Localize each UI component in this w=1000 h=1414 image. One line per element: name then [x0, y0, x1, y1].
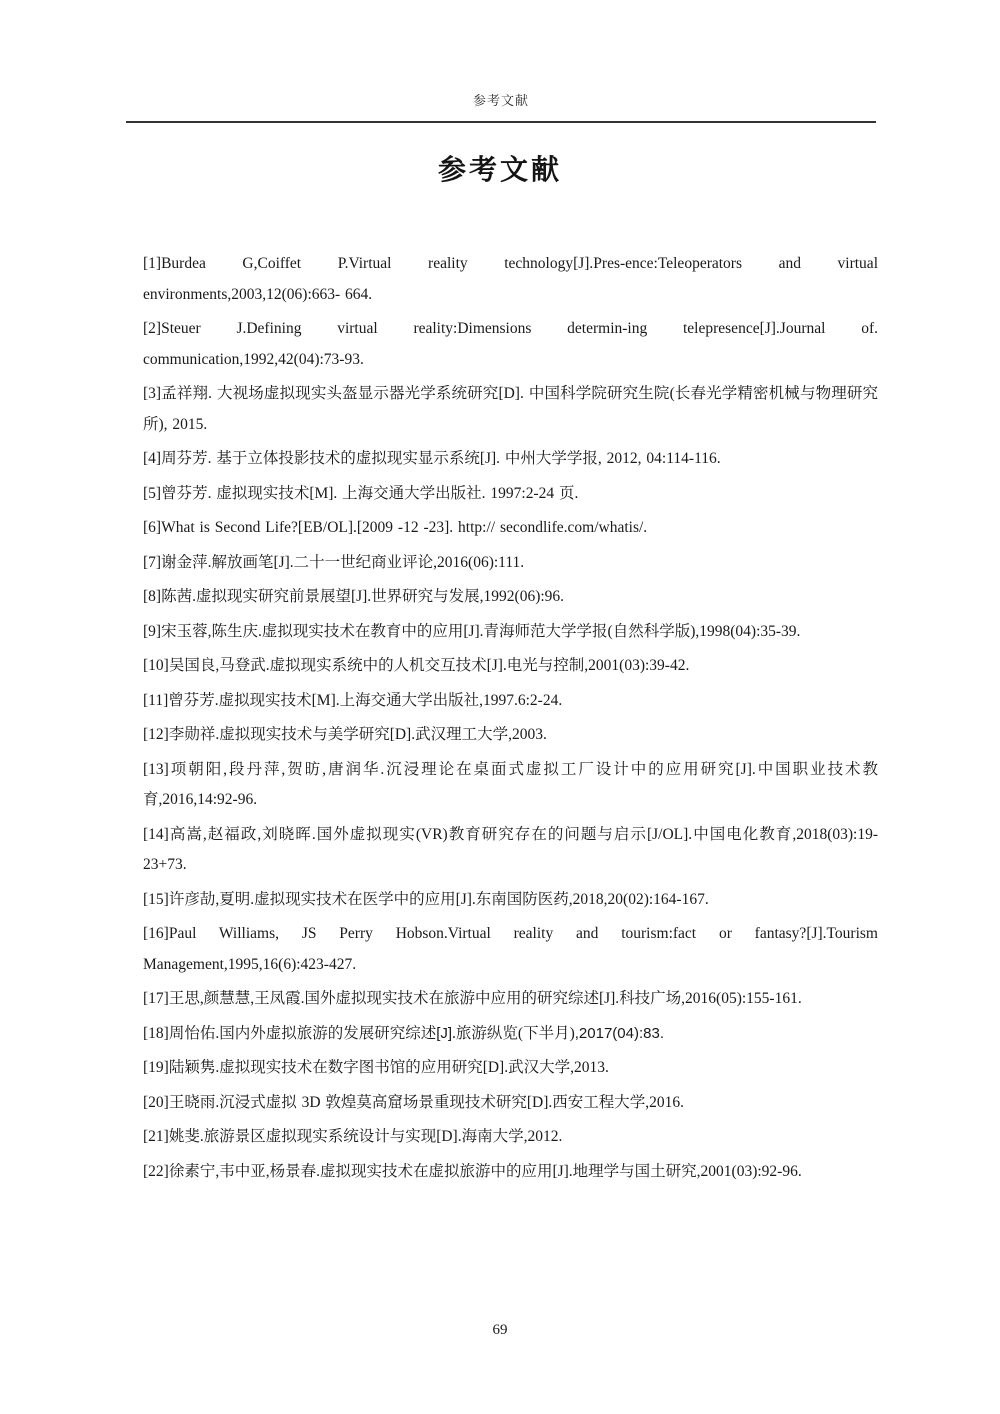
- reference-item: [5]曾芬芳. 虚拟现实技术[M]. 上海交通大学出版社. 1997:2-24 …: [143, 479, 878, 510]
- reference-text-run: [18]周怡佑.国内外虚拟旅游的发展研究综述: [143, 1025, 436, 1042]
- reference-item: [10]吴国良,马登武.虚拟现实系统中的人机交互技术[J].电光与控制,2001…: [143, 651, 878, 682]
- reference-text-run: ,2017(04):83.: [575, 1025, 664, 1042]
- reference-item: [2]Steuer J.Defining virtual reality:Dim…: [143, 314, 878, 375]
- reference-list: [1]Burdea G,Coiffet P.Virtual reality te…: [143, 249, 878, 1191]
- reference-text-run: [5]曾芬芳. 虚拟现实技术[M]. 上海交通大学出版社. 1997:2-24 …: [143, 485, 578, 502]
- reference-text-run: [21]姚斐.旅游景区虚拟现实系统设计与实现[D].海南大学,2012.: [143, 1128, 562, 1145]
- document-page: 参考文献 参考文献 [1]Burdea G,Coiffet P.Virtual …: [0, 0, 1000, 1414]
- reference-item: [3]孟祥翔. 大视场虚拟现实头盔显示器光学系统研究[D]. 中国科学院研究生院…: [143, 379, 878, 440]
- reference-item: [15]许彦劼,夏明.虚拟现实技术在医学中的应用[J].东南国防医药,2018,…: [143, 885, 878, 916]
- reference-text-run: [2]Steuer J.Defining virtual reality:Dim…: [143, 320, 878, 368]
- reference-text-run: .旅游纵览(下半月): [452, 1025, 575, 1042]
- reference-text-run: [20]王晓雨.沉浸式虚拟 3D 敦煌莫高窟场景重现技术研究[D].西安工程大学…: [143, 1094, 684, 1111]
- page-number: 69: [0, 1322, 1000, 1339]
- running-header-text: 参考文献: [473, 93, 529, 108]
- reference-text-run: [17]王思,颜慧慧,王凤霞.国外虚拟现实技术在旅游中应用的研究综述[J].科技…: [143, 990, 802, 1007]
- reference-text-run: [6]What is Second Life?[EB/OL].[2009 -12…: [143, 519, 647, 536]
- reference-item: [14]高嵩,赵福政,刘晓晖.国外虚拟现实(VR)教育研究存在的问题与启示[J/…: [143, 820, 878, 881]
- reference-item: [17]王思,颜慧慧,王凤霞.国外虚拟现实技术在旅游中应用的研究综述[J].科技…: [143, 984, 878, 1015]
- reference-text-run: [16]Paul Williams, JS Perry Hobson.Virtu…: [143, 925, 878, 973]
- reference-text-run: [4]周芬芳. 基于立体投影技术的虚拟现实显示系统[J]. 中州大学学报, 20…: [143, 450, 721, 467]
- reference-text-run: [3]孟祥翔. 大视场虚拟现实头盔显示器光学系统研究[D]. 中国科学院研究生院…: [143, 385, 878, 433]
- reference-item: [18]周怡佑.国内外虚拟旅游的发展研究综述[J].旅游纵览(下半月),2017…: [143, 1019, 878, 1050]
- reference-item: [11]曾芬芳.虚拟现实技术[M].上海交通大学出版社,1997.6:2-24.: [143, 686, 878, 717]
- reference-item: [12]李勋祥.虚拟现实技术与美学研究[D].武汉理工大学,2003.: [143, 720, 878, 751]
- reference-text-run: [15]许彦劼,夏明.虚拟现实技术在医学中的应用[J].东南国防医药,2018,…: [143, 891, 709, 908]
- reference-item: [19]陆颖隽.虚拟现实技术在数字图书馆的应用研究[D].武汉大学,2013.: [143, 1053, 878, 1084]
- reference-item: [13]项朝阳,段丹萍,贺昉,唐润华.沉浸理论在桌面式虚拟工厂设计中的应用研究[…: [143, 755, 878, 816]
- reference-text-run: [14]高嵩,赵福政,刘晓晖.国外虚拟现实(VR)教育研究存在的问题与启示[J/…: [143, 826, 878, 874]
- reference-text-run: [22]徐素宁,韦中亚,杨景春.虚拟现实技术在虚拟旅游中的应用[J].地理学与国…: [143, 1163, 802, 1180]
- reference-text-run: [13]项朝阳,段丹萍,贺昉,唐润华.沉浸理论在桌面式虚拟工厂设计中的应用研究[…: [143, 761, 878, 809]
- reference-text-run: [7]谢金萍.解放画笔[J].二十一世纪商业评论,2016(06):111.: [143, 554, 524, 571]
- reference-text-run: [8]陈茜.虚拟现实研究前景展望[J].世界研究与发展,1992(06):96.: [143, 588, 564, 605]
- reference-item: [4]周芬芳. 基于立体投影技术的虚拟现实显示系统[J]. 中州大学学报, 20…: [143, 444, 878, 475]
- reference-text-run: [1]Burdea G,Coiffet P.Virtual reality te…: [143, 255, 878, 303]
- reference-text-run: [10]吴国良,马登武.虚拟现实系统中的人机交互技术[J].电光与控制,2001…: [143, 657, 689, 674]
- reference-item: [9]宋玉蓉,陈生庆.虚拟现实技术在教育中的应用[J].青海师范大学学报(自然科…: [143, 617, 878, 648]
- reference-text-run: [19]陆颖隽.虚拟现实技术在数字图书馆的应用研究[D].武汉大学,2013.: [143, 1059, 609, 1076]
- running-header: 参考文献: [126, 90, 876, 123]
- reference-item: [20]王晓雨.沉浸式虚拟 3D 敦煌莫高窟场景重现技术研究[D].西安工程大学…: [143, 1088, 878, 1119]
- reference-text-run: [12]李勋祥.虚拟现实技术与美学研究[D].武汉理工大学,2003.: [143, 726, 547, 743]
- reference-item: [1]Burdea G,Coiffet P.Virtual reality te…: [143, 249, 878, 310]
- reference-text-run: [11]曾芬芳.虚拟现实技术[M].上海交通大学出版社,1997.6:2-24.: [143, 692, 562, 709]
- reference-item: [6]What is Second Life?[EB/OL].[2009 -12…: [143, 513, 878, 544]
- page-title: 参考文献: [0, 148, 1000, 188]
- reference-text-run: [9]宋玉蓉,陈生庆.虚拟现实技术在教育中的应用[J].青海师范大学学报(自然科…: [143, 623, 800, 640]
- reference-item: [7]谢金萍.解放画笔[J].二十一世纪商业评论,2016(06):111.: [143, 548, 878, 579]
- reference-item: [21]姚斐.旅游景区虚拟现实系统设计与实现[D].海南大学,2012.: [143, 1122, 878, 1153]
- reference-item: [22]徐素宁,韦中亚,杨景春.虚拟现实技术在虚拟旅游中的应用[J].地理学与国…: [143, 1157, 878, 1188]
- reference-item: [8]陈茜.虚拟现实研究前景展望[J].世界研究与发展,1992(06):96.: [143, 582, 878, 613]
- reference-item: [16]Paul Williams, JS Perry Hobson.Virtu…: [143, 919, 878, 980]
- reference-text-run: [J]: [436, 1025, 452, 1042]
